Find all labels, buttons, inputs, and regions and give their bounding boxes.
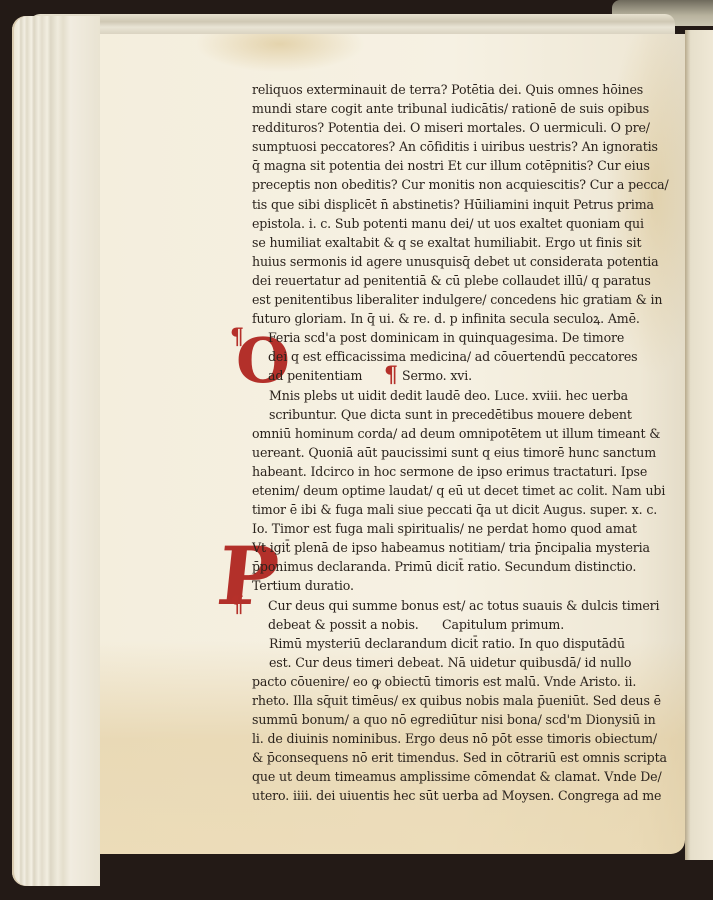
pilcrow-icon: ¶ (230, 326, 244, 348)
page-stack-left-edge (12, 16, 100, 886)
text-line: mundi stare cogit ante tribunal iudicāti… (252, 99, 642, 118)
text-line: uereant. Quoniā aūt paucissimi sunt q ei… (252, 443, 642, 462)
text-line: tis que sibi displicēt n̄ abstinetis? Hū… (252, 195, 642, 214)
text-line: p̄ponimus declaranda. Primū dicit̄ ratio… (252, 557, 642, 576)
text-line: Mnis plebs ut uidit dedit laudē deo. Luc… (252, 386, 642, 405)
heading-line: debeat & possit a nobis. Capitulum primu… (252, 615, 642, 634)
text-line: etenim/ deum optime laudat/ q eū ut dece… (252, 481, 642, 500)
pilcrow-icon: ¶ (230, 594, 244, 616)
text-line: est. Cur deus timeri debeat. Nā uidetur … (252, 653, 642, 672)
text-line: scribuntur. Que dicta sunt in precedētib… (252, 405, 642, 424)
chapter-heading: ¶ Cur deus qui summe bonus est/ ac totus… (252, 596, 642, 634)
text-line: se humiliat exaltabit & q se exaltat hum… (252, 233, 642, 252)
text-line: est penitentibus liberaliter indulgere/ … (252, 290, 642, 309)
text-line: rheto. Illa sq̄uit timēus/ ex quibus nob… (252, 691, 642, 710)
text-line: reliquos exterminauit de terra? Potētia … (252, 80, 642, 99)
text-line: que ut deum timeamus amplissime cōmendat… (252, 767, 642, 786)
heading-line: Feria scd'a post dominicam in quinquages… (252, 328, 642, 347)
text-line: omniū hominum corda/ ad deum omnipotētem… (252, 424, 642, 443)
text-line: sumptuosi peccatores? An cōfiditis i uir… (252, 137, 642, 156)
text-line: preceptis non obeditis? Cur monitis non … (252, 175, 642, 194)
text-line: summū bonum/ a quo nō egrediūtur nisi bo… (252, 710, 642, 729)
text-line: Vt igit̄ plenā de ipso habeamus notitiam… (252, 538, 642, 557)
page-stack-top-edge (30, 14, 675, 36)
text-line: reddituros? Potentia dei. O miseri morta… (252, 118, 642, 137)
text-line: pacto cōuenire/ eo ꝙ obiectū timoris est… (252, 672, 642, 691)
text-line: utero. iiii. dei uiuentis hec sūt uerba … (252, 786, 642, 805)
text-line: q̄ magna sit potentia dei nostri Et cur … (252, 156, 642, 175)
sermon-heading: ¶ Feria scd'a post dominicam in quinquag… (252, 328, 642, 385)
text-line: Io. Timor est fuga mali spiritualis/ ne … (252, 519, 642, 538)
text-line: & p̄consequens nō erit timendus. Sed in … (252, 748, 642, 767)
text-line: Tertium duratio. (252, 576, 642, 595)
heading-line-text: debeat & possit a nobis. (268, 617, 419, 632)
text-line: futuro gloriam. In q̄ ui. & re. d. p inf… (252, 309, 642, 328)
book-scan: O P reliquos exterminauit de terra? Potē… (0, 0, 713, 900)
chapter-label: Capitulum primum. (442, 615, 564, 634)
facing-page-edge (685, 30, 713, 860)
pilcrow-icon: ¶ (384, 364, 398, 386)
sermon-number: Sermo. xvi. (402, 366, 472, 385)
text-line: habeant. Idcirco in hoc sermone de ipso … (252, 462, 642, 481)
heading-line-text: ad penitentiam (268, 368, 362, 383)
heading-line: Cur deus qui summe bonus est/ ac totus s… (252, 596, 642, 615)
text-line: timor ē ibi & fuga mali siue peccati q̄a… (252, 500, 642, 519)
text-line: Rimū mysteriū declarandum dicit̄ ratio. … (252, 634, 642, 653)
page-text: reliquos exterminauit de terra? Potētia … (252, 80, 642, 806)
text-line: huius sermonis id agere unusquisq̄ debet… (252, 252, 642, 271)
heading-line: ad penitentiam ¶ Sermo. xvi. (252, 366, 642, 385)
text-line: li. de diuinis nominibus. Ergo deus nō p… (252, 729, 642, 748)
text-line: epistola. i. c. Sub potenti manu dei/ ut… (252, 214, 642, 233)
text-line: dei reuertatur ad penitentiā & cū plebe … (252, 271, 642, 290)
heading-line: dei q est efficacissima medicina/ ad cōu… (252, 347, 642, 366)
